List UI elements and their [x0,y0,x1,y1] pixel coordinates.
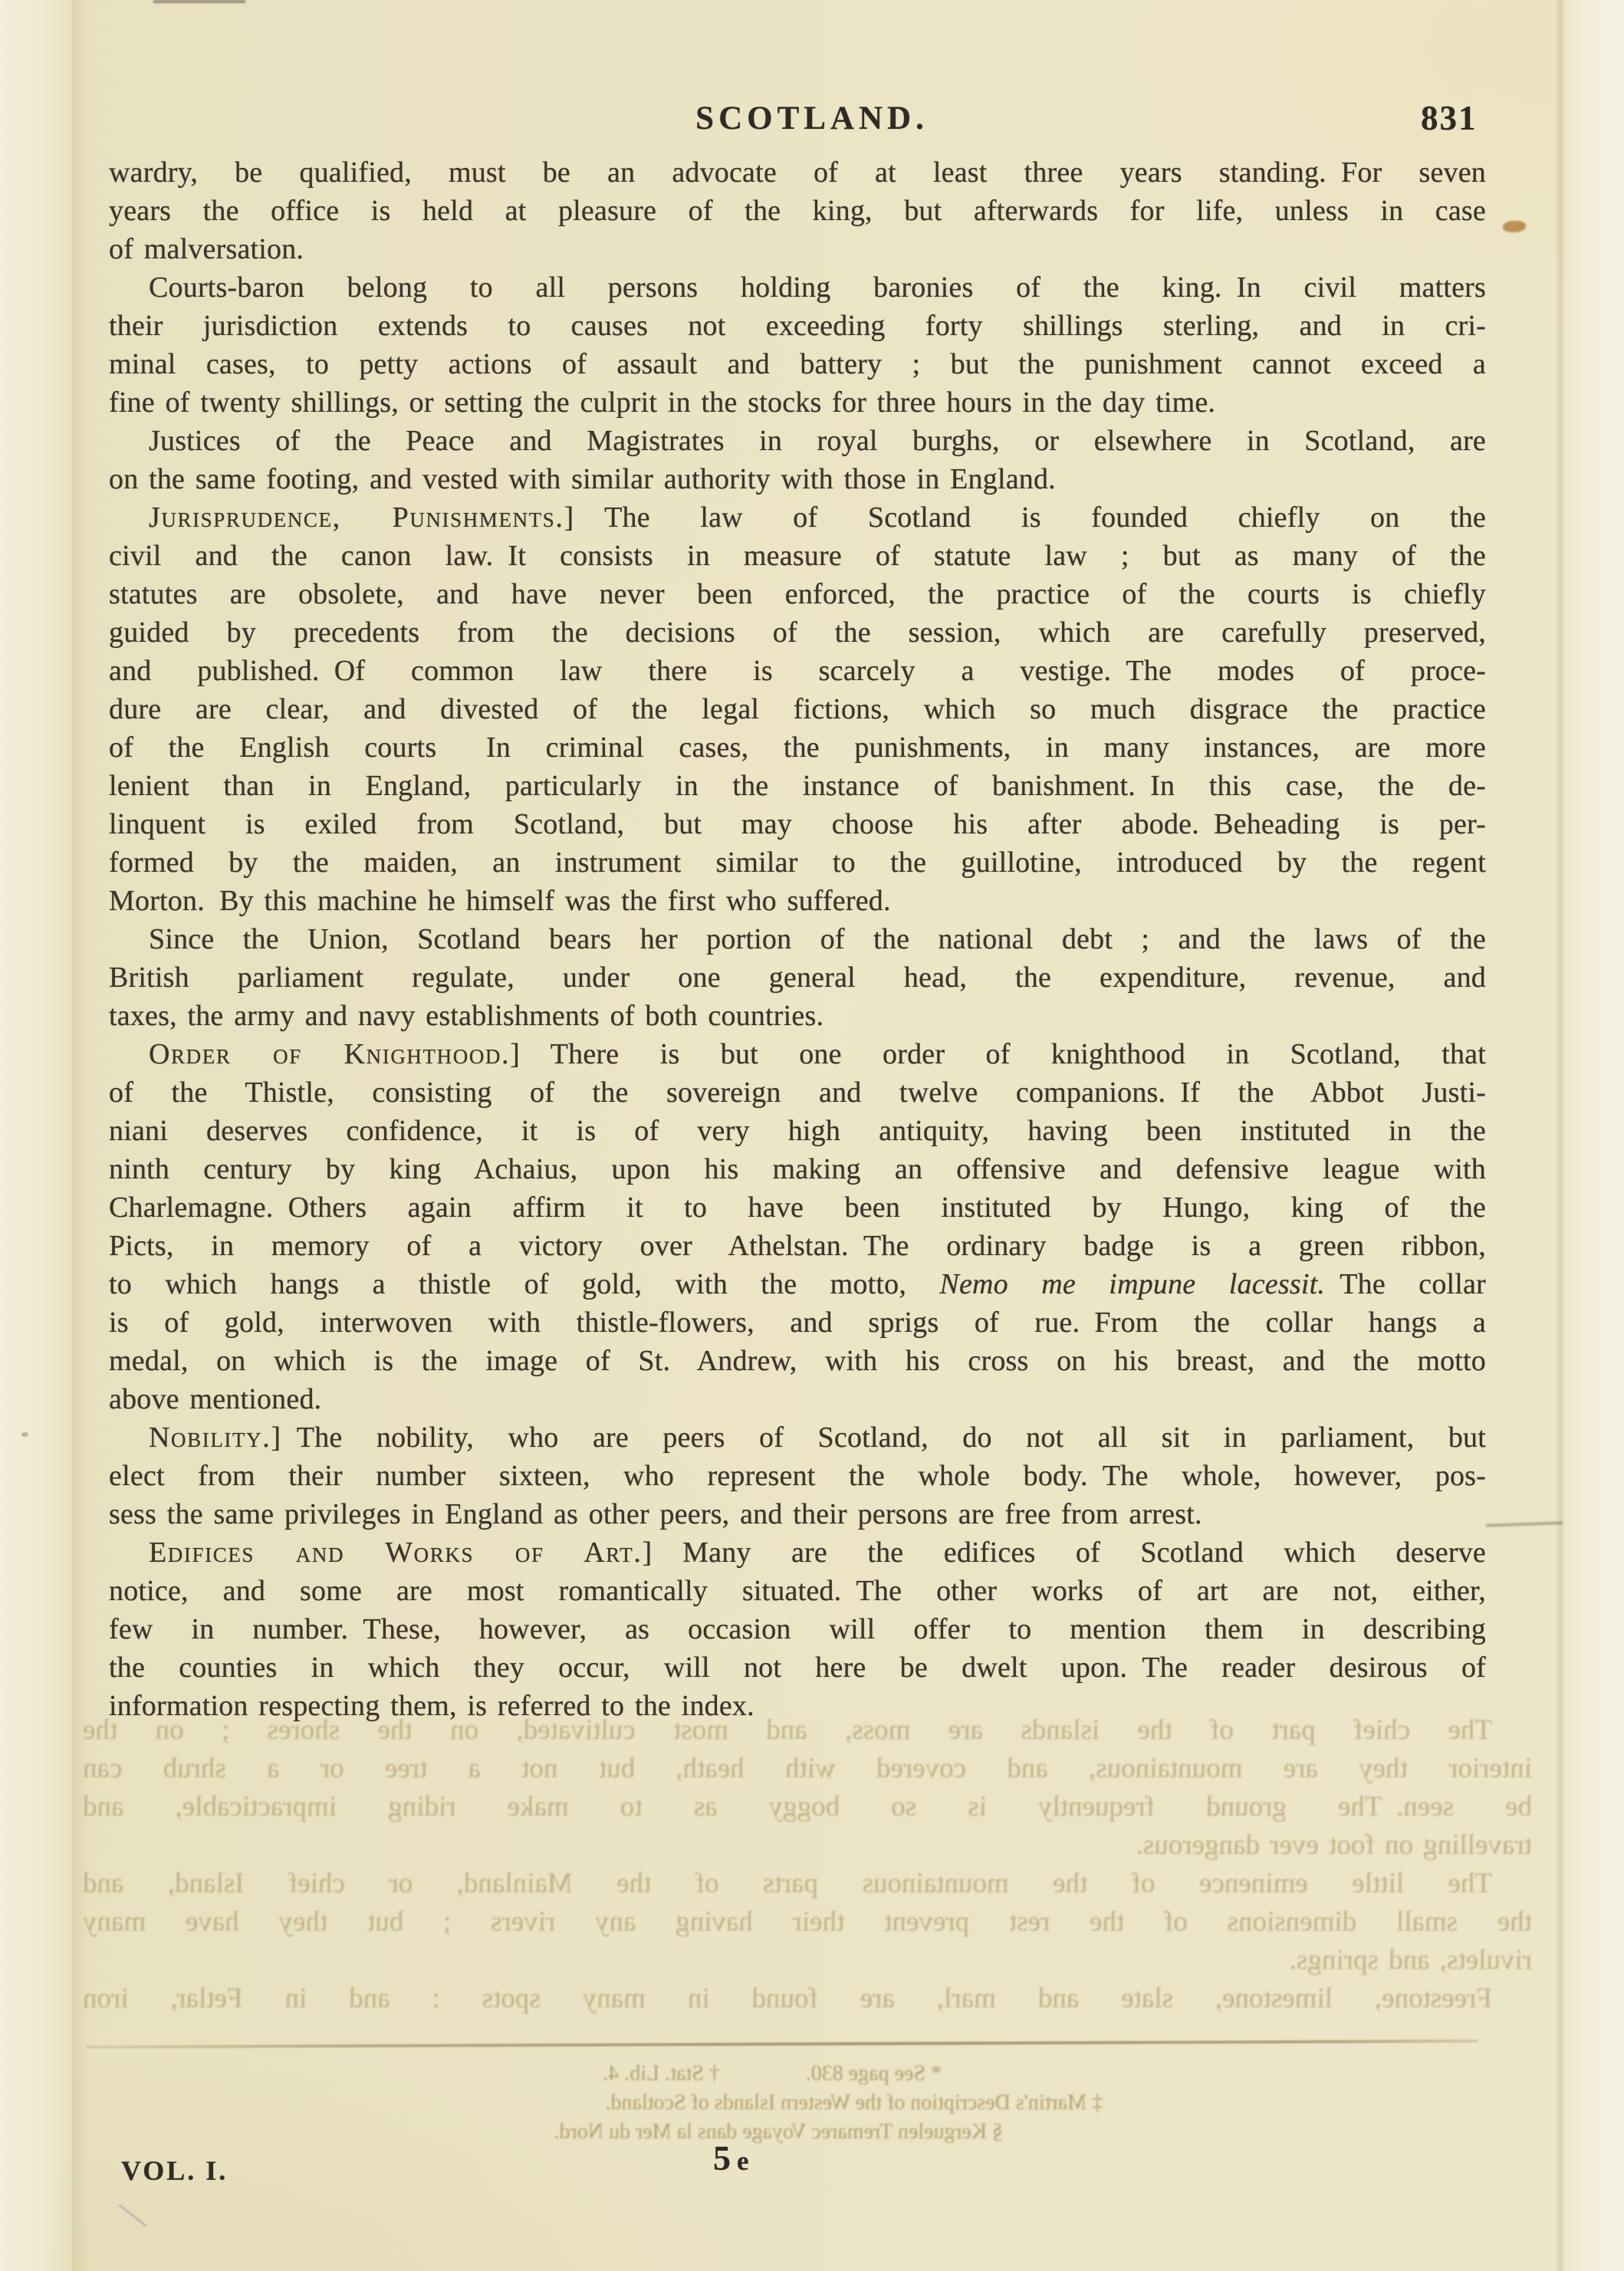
ghost-footnote: § Kerguelen Tremarec Voyage dans la Mer … [83,2118,1532,2147]
scan-artifact-top [153,0,245,3]
text-segment: The law of Scotland is founded chiefly o… [575,501,1486,534]
text-segment: There is but one order of knighthood in … [521,1038,1486,1070]
ghost-line: Freestone, limestone, slate and marl, ar… [83,1980,1532,2018]
text-segment: Justices of the Peace and Magistrates in… [149,425,1486,457]
text-line: dure are clear, and divested of the lega… [109,690,1486,728]
text-segment: formed by the maiden, an instrument simi… [109,846,1486,879]
page-crease-right [1555,0,1566,2271]
page-edge-right [1558,0,1624,2271]
text-line: Courts-baron belong to all persons holdi… [109,268,1486,307]
text-segment: minal cases, to petty actions of assault… [109,348,1486,380]
text-line: notice, and some are most romantically s… [109,1572,1486,1610]
section-heading: Edifices and Works of Art.] [149,1536,653,1569]
text-segment: civil and the canon law. It consists in … [109,540,1486,572]
signature-number: 5 [713,2138,731,2177]
ink-speck [1503,221,1526,232]
text-block: wardry, be qualified, must be an advocat… [109,153,1486,1725]
text-segment: few in number. These, however, as occasi… [109,1613,1486,1645]
text-line: British parliament regulate, under one g… [109,958,1486,997]
text-line: to which hangs a thistle of gold, with t… [109,1265,1486,1303]
text-segment: British parliament regulate, under one g… [109,961,1486,994]
ghost-line: interior they are mountainous, and cover… [83,1750,1532,1788]
ghost-footnote: ‡ Martin's Description of the Western Is… [83,2089,1532,2118]
text-segment: of malversation. [109,233,304,265]
text-line: Charlemagne. Others again affirm it to h… [109,1188,1486,1227]
text-line: minal cases, to petty actions of assault… [109,345,1486,383]
italic-motto: Nemo me impune lacessit. [939,1268,1325,1300]
text-segment: fine of twenty shillings, or setting the… [109,386,1215,419]
text-line: Order of Knighthood.] There is but one o… [109,1035,1486,1073]
text-segment: medal, on which is the image of St. Andr… [109,1345,1486,1377]
text-segment: of the English courts In criminal cases,… [109,731,1486,764]
book-page: SCOTLAND. 831 wardry, be qualified, must… [0,0,1624,2271]
ghost-footnotes: * See page 830. † Stat. Lib. 4.‡ Martin'… [83,2059,1532,2147]
text-segment: above mentioned. [109,1383,321,1415]
text-line: above mentioned. [109,1380,1486,1418]
text-line: lenient than in England, particularly in… [109,767,1486,805]
text-line: their jurisdiction extends to causes not… [109,307,1486,345]
text-segment: Since the Union, Scotland bears her port… [149,923,1486,955]
text-segment: is of gold, interwoven with thistle-flow… [109,1306,1486,1339]
text-line: civil and the canon law. It consists in … [109,537,1486,575]
page-edge-left [0,0,74,2271]
text-line: medal, on which is the image of St. Andr… [109,1342,1486,1380]
text-line: elect from their number sixteen, who rep… [109,1457,1486,1495]
text-line: of malversation. [109,230,1486,268]
ghost-footnote: * See page 830. † Stat. Lib. 4. [83,2059,1532,2089]
text-line: the counties in which they occur, will n… [109,1648,1486,1687]
text-segment: dure are clear, and divested of the lega… [109,693,1486,725]
text-segment: The collar [1325,1268,1486,1300]
footer-signature: 5e [713,2138,749,2178]
text-segment: elect from their number sixteen, who rep… [109,1460,1486,1492]
ghost-line: The little eminence of the mountainous p… [83,1865,1532,1903]
text-segment: and published. Of common law there is sc… [109,655,1486,687]
text-segment: ninth century by king Achaius, upon his … [109,1153,1486,1185]
footer-volume: VOL. I. [121,2154,228,2187]
text-segment: statutes are obsolete, and have never be… [109,578,1486,610]
text-line: of the Thistle, consisting of the sovere… [109,1073,1486,1112]
page-title: SCOTLAND. [0,100,1624,137]
text-segment: wardry, be qualified, must be an advocat… [109,156,1486,189]
ghost-text-block: The chief part of the islands are moss, … [83,1711,1532,2018]
text-line: Jurisprudence, Punishments.] The law of … [109,498,1486,537]
text-line: guided by precedents from the decisions … [109,613,1486,652]
text-segment: of the Thistle, consisting of the sovere… [109,1076,1486,1109]
text-line: fine of twenty shillings, or setting the… [109,383,1486,422]
text-segment: lenient than in England, particularly in… [109,770,1486,802]
ghost-line: be seen. The ground frequently is so bog… [83,1788,1532,1826]
text-line: and published. Of common law there is sc… [109,652,1486,690]
text-segment: on the same footing, and vested with sim… [109,463,1056,495]
ghost-line: rivulets, and springs. [83,1941,1532,1980]
text-line: Edifices and Works of Art.] Many are the… [109,1533,1486,1572]
ghost-line: The chief part of the islands are moss, … [83,1711,1532,1750]
text-line: formed by the maiden, an instrument simi… [109,843,1486,882]
text-segment: sess the same privileges in England as o… [109,1498,1202,1530]
footnote-rule [86,2039,1478,2049]
text-segment: the counties in which they occur, will n… [109,1651,1486,1684]
text-segment: notice, and some are most romantically s… [109,1575,1486,1607]
text-line: is of gold, interwoven with thistle-flow… [109,1303,1486,1342]
section-heading: Jurisprudence, Punishments.] [149,501,575,534]
text-line: on the same footing, and vested with sim… [109,460,1486,498]
text-line: statutes are obsolete, and have never be… [109,575,1486,613]
text-line: linquent is exiled from Scotland, but ma… [109,805,1486,843]
text-segment: Many are the edifices of Scotland which … [653,1536,1486,1569]
signature-letter: e [737,2146,749,2176]
text-segment: years the office is held at pleasure of … [109,195,1486,227]
text-line: sess the same privileges in England as o… [109,1495,1486,1533]
text-line: few in number. These, however, as occasi… [109,1610,1486,1648]
text-segment: Picts, in memory of a victory over Athel… [109,1230,1486,1262]
text-segment: taxes, the army and navy establishments … [109,1000,824,1032]
text-line: Picts, in memory of a victory over Athel… [109,1227,1486,1265]
text-segment: Charlemagne. Others again affirm it to h… [109,1191,1486,1224]
text-segment: Morton. By this machine he himself was t… [109,885,891,917]
text-segment: The nobility, who are peers of Scotland,… [282,1421,1486,1454]
text-line: Nobility.] The nobility, who are peers o… [109,1418,1486,1457]
text-line: Morton. By this machine he himself was t… [109,882,1486,920]
text-line: taxes, the army and navy establishments … [109,997,1486,1035]
ink-speck [1486,1521,1563,1527]
ink-speck [21,1432,28,1437]
ghost-line: travelling on foot ever dangerous. [83,1826,1532,1865]
text-line: of the English courts In criminal cases,… [109,728,1486,767]
text-segment: niani deserves confidence, it is of very… [109,1115,1486,1147]
text-line: ninth century by king Achaius, upon his … [109,1150,1486,1188]
text-line: niani deserves confidence, it is of very… [109,1112,1486,1150]
ghost-line: the small dimensions of the rest prevent… [83,1903,1532,1941]
text-segment: guided by precedents from the decisions … [109,616,1486,649]
text-line: wardry, be qualified, must be an advocat… [109,153,1486,192]
text-segment: to which hangs a thistle of gold, with t… [109,1268,939,1300]
text-line: Since the Union, Scotland bears her port… [109,920,1486,958]
section-heading: Nobility.] [149,1421,282,1454]
paper-fiber [118,2204,147,2227]
page-number: 831 [1421,98,1478,138]
text-line: years the office is held at pleasure of … [109,192,1486,230]
text-segment: linquent is exiled from Scotland, but ma… [109,808,1486,840]
text-line: Justices of the Peace and Magistrates in… [109,422,1486,460]
text-segment: their jurisdiction extends to causes not… [109,310,1486,342]
section-heading: Order of Knighthood.] [149,1038,521,1070]
text-segment: Courts-baron belong to all persons holdi… [149,271,1486,304]
